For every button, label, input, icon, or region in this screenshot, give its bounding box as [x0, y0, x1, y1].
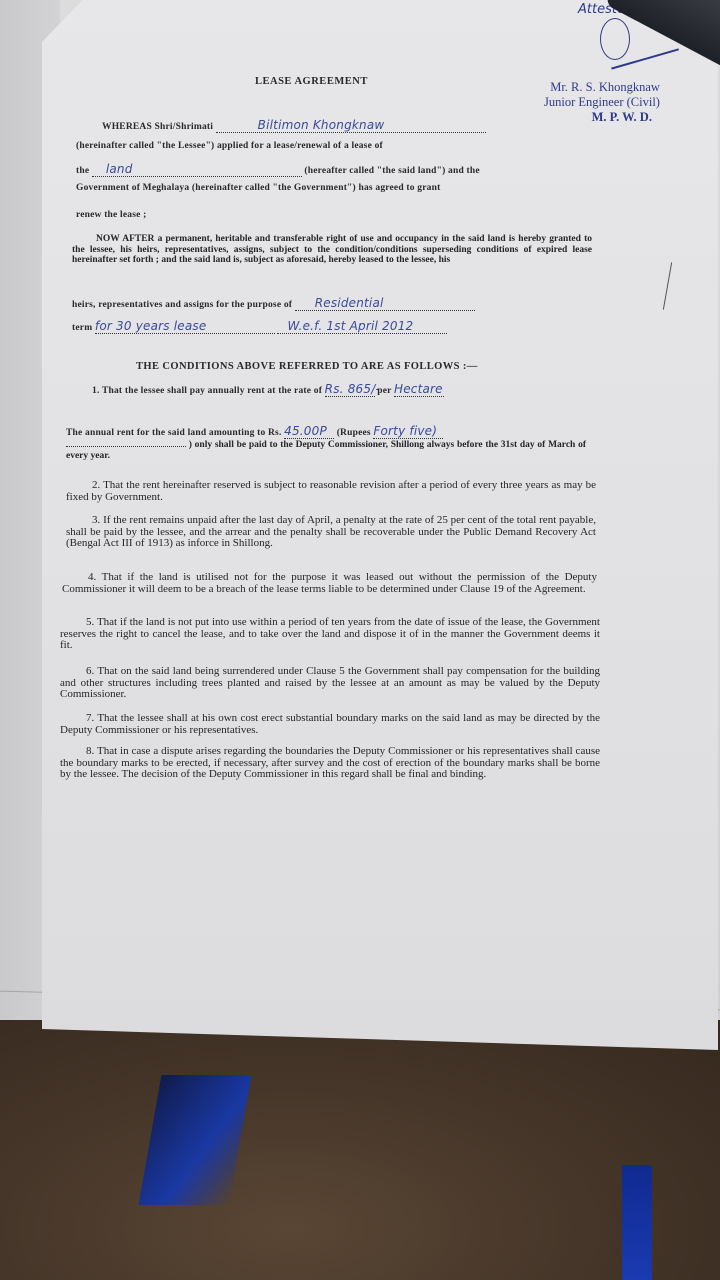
condition-7-text: That the lessee shall at his own cost er… — [60, 712, 600, 736]
unit-field: Hectare — [394, 382, 444, 397]
term-label: term — [72, 323, 92, 333]
condition-7: 7. That the lessee shall at his own cost… — [60, 713, 600, 736]
condition-3: 3. If the rent remains unpaid after the … — [66, 515, 596, 550]
condition-8: 8. That in case a dispute arises regardi… — [60, 746, 600, 781]
purpose-fill: Residential — [315, 296, 384, 310]
stamp-name: Mr. R. S. Khongknaw — [544, 80, 660, 95]
heirs-text: heirs, representatives and assigns for t… — [72, 300, 292, 310]
rupees-words-field: Forty five) — [373, 424, 443, 439]
condition-1-line: 1. That the lessee shall pay annually re… — [92, 382, 444, 397]
condition-1-number: 1. — [92, 386, 100, 396]
wef-field: W.e.f. 1st April 2012 — [277, 319, 447, 334]
term-fill: for 30 years lease — [95, 319, 207, 333]
condition-8-number: 8. — [60, 745, 94, 757]
condition-5-text: That if the land is not put into use wit… — [60, 616, 600, 651]
purpose-field: Residential — [295, 296, 475, 311]
the-land-line: the land (hereafter called "the said lan… — [76, 162, 480, 177]
term-field: for 30 years lease — [95, 319, 275, 334]
wef-fill: W.e.f. 1st April 2012 — [287, 319, 413, 333]
condition-2-text: That the rent hereinafter reserved is su… — [66, 479, 596, 503]
unit-fill: Hectare — [394, 382, 443, 396]
annual-rent-paid-text: ) only shall be paid to the Deputy Commi… — [66, 440, 586, 462]
condition-3-number: 3. — [66, 514, 100, 526]
condition-4-text: That if the land is utilised not for the… — [62, 571, 597, 595]
said-land-text: (hereafter called "the said land") and t… — [304, 166, 479, 176]
official-stamp: Mr. R. S. Khongknaw Junior Engineer (Civ… — [544, 80, 660, 125]
condition-6-text: That on the said land being surrendered … — [60, 665, 600, 700]
whereas-line: WHEREAS Shri/Shrimati Biltimon Khongknaw — [102, 118, 486, 133]
document-title: LEASE AGREEMENT — [255, 76, 368, 87]
lessee-name-field: Biltimon Khongknaw — [216, 118, 486, 133]
blue-fabric-stripe — [622, 1165, 652, 1280]
brown-fabric-background — [0, 1020, 720, 1280]
conditions-heading: THE CONDITIONS ABOVE REFERRED TO ARE AS … — [136, 361, 478, 372]
rupees-words-fill: Forty five) — [373, 424, 437, 438]
document-body: Attested LEASE AGREEMENT Mr. R. S. Khong… — [42, 0, 718, 1050]
signature-mark — [600, 18, 630, 60]
paid-text: ) only shall be paid to the Deputy Commi… — [66, 440, 586, 461]
rupees-continuation-field — [66, 446, 186, 447]
condition-4-number: 4. — [62, 571, 96, 583]
annual-rent-line: The annual rent for the said land amount… — [66, 424, 443, 439]
condition-8-text: That in case a dispute arises regarding … — [60, 745, 600, 780]
condition-6-number: 6. — [60, 665, 94, 677]
condition-2-number: 2. — [66, 479, 100, 491]
annual-rent-text: The annual rent for the said land amount… — [66, 428, 282, 438]
condition-2: 2. That the rent hereinafter reserved is… — [66, 480, 596, 503]
intro-line-1: (hereinafter called "the Lessee") applie… — [76, 141, 383, 151]
lease-agreement-page: Attested LEASE AGREEMENT Mr. R. S. Khong… — [42, 0, 718, 1050]
heirs-line: heirs, representatives and assigns for t… — [72, 296, 475, 311]
condition-1-text: That the lessee shall pay annually rent … — [102, 386, 322, 396]
condition-6: 6. That on the said land being surrender… — [60, 666, 600, 701]
stamp-department: M. P. W. D. — [544, 110, 660, 125]
condition-5: 5. That if the land is not put into use … — [60, 617, 600, 652]
condition-7-number: 7. — [60, 712, 94, 724]
rupees-label: (Rupees — [337, 428, 371, 438]
whereas-label: WHEREAS Shri/Shrimati — [102, 122, 213, 132]
lessee-name: Biltimon Khongknaw — [258, 118, 385, 132]
rate-field: Rs. 865/- — [325, 382, 375, 397]
per-label: per — [377, 386, 391, 396]
condition-5-number: 5. — [60, 616, 94, 628]
term-line: term for 30 years lease W.e.f. 1st April… — [72, 319, 447, 334]
amount-fill: 45.00P — [284, 424, 327, 438]
land-field: land — [92, 162, 302, 177]
condition-4: 4. That if the land is utilised not for … — [62, 572, 597, 595]
margin-pen-mark — [663, 262, 672, 309]
government-line: Government of Meghalaya (hereinafter cal… — [76, 183, 440, 193]
land-fill: land — [106, 162, 133, 176]
now-after-paragraph: NOW AFTER a permanent, heritable and tra… — [72, 234, 592, 266]
rate-fill: Rs. 865/- — [325, 382, 380, 396]
amount-field: 45.00P — [284, 424, 334, 439]
condition-3-text: If the rent remains unpaid after the las… — [66, 514, 596, 549]
renew-line: renew the lease ; — [76, 210, 147, 220]
the-label: the — [76, 166, 89, 176]
stamp-designation: Junior Engineer (Civil) — [544, 95, 660, 110]
